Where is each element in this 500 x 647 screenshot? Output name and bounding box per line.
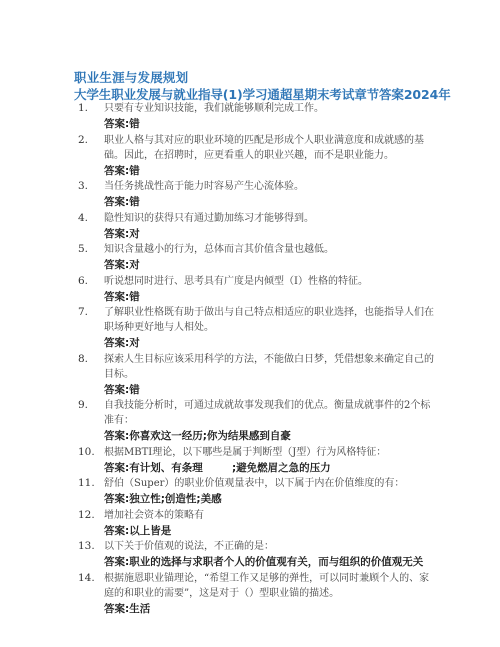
question-item: 1. 只要有专业知识技能，我们就能够顺利完成工作。 答案:错 <box>78 101 438 133</box>
document-page: 职业生涯与发展规划 大学生职业发展与就业指导(1)学习通超星期末考试章节答案20… <box>0 0 500 647</box>
question-text: 舒伯（Super）的职业价值观量表中，以下属于内在价值维度的有： <box>104 476 438 491</box>
answer-text: 答案:对 <box>104 226 438 243</box>
answer-text: 答案:对 <box>104 335 438 352</box>
question-text: 增加社会资本的策略有 <box>104 508 438 523</box>
question-item: 7. 了解职业性格既有助于做出与自己特点相适应的职业选择，也能指导人们在职场种更… <box>78 305 438 352</box>
answer-text: 答案:对 <box>104 257 438 274</box>
question-item: 5. 知识含量越小的行为，总体而言其价值含量也越低。 答案:对 <box>78 242 438 274</box>
question-text: 根据施恩职业锚理论，“希望工作又足够的弹性，可以同时兼顾个人的、家庭的和职业的需… <box>104 571 438 601</box>
question-text: 知识含量越小的行为，总体而言其价值含量也越低。 <box>104 242 438 257</box>
question-item: 4. 隐性知识的获得只有通过勤加练习才能够得到。 答案:对 <box>78 211 438 243</box>
document-title: 职业生涯与发展规划 <box>74 68 188 86</box>
answer-text: 答案:有计划、有条理 ;避免燃眉之急的压力 <box>104 460 438 477</box>
question-number: 11. <box>78 476 95 491</box>
question-number: 8. <box>78 352 88 367</box>
question-number: 13. <box>78 539 95 554</box>
question-text: 根据MBTI理论，以下哪些是属于判断型（J型）行为风格特征： <box>104 445 438 460</box>
question-list: 1. 只要有专业知识技能，我们就能够顺利完成工作。 答案:错 2. 职业人格与其… <box>78 101 438 617</box>
question-item: 11. 舒伯（Super）的职业价值观量表中，以下属于内在价值维度的有： 答案:… <box>78 476 438 508</box>
question-item: 14. 根据施恩职业锚理论，“希望工作又足够的弹性，可以同时兼顾个人的、家庭的和… <box>78 571 438 618</box>
answer-text: 答案:错 <box>104 163 438 180</box>
answer-text: 答案:错 <box>104 116 438 133</box>
question-item: 3. 当任务挑战性高于能力时容易产生心流体验。 答案:错 <box>78 179 438 211</box>
question-number: 3. <box>78 179 88 194</box>
question-number: 4. <box>78 211 88 226</box>
question-number: 2. <box>78 133 88 148</box>
answer-text: 答案:你喜欢这一经历;你为结果感到自豪 <box>104 428 438 445</box>
question-number: 7. <box>78 305 88 320</box>
question-text: 当任务挑战性高于能力时容易产生心流体验。 <box>104 179 438 194</box>
question-number: 5. <box>78 242 88 257</box>
question-number: 12. <box>78 508 95 523</box>
question-item: 12. 增加社会资本的策略有 答案:以上皆是 <box>78 508 438 540</box>
answer-text: 答案:错 <box>104 194 438 211</box>
question-item: 2. 职业人格与其对应的职业环境的匹配是形成个人职业满意度和成就感的基础。因此，… <box>78 133 438 180</box>
question-item: 13. 以下关于价值观的说法，不正确的是： 答案:职业的选择与求职者个人的价值观… <box>78 539 438 571</box>
answer-text: 答案:错 <box>104 289 438 306</box>
question-number: 6. <box>78 274 88 289</box>
question-number: 1. <box>78 101 88 116</box>
answer-text: 答案:职业的选择与求职者个人的价值观有关，而与组织的价值观无关 <box>104 554 438 571</box>
question-text: 隐性知识的获得只有通过勤加练习才能够得到。 <box>104 211 438 226</box>
question-text: 以下关于价值观的说法，不正确的是： <box>104 539 438 554</box>
question-item: 6. 听说想同时进行、思考具有广度是内倾型（I）性格的特征。 答案:错 <box>78 274 438 306</box>
question-item: 10. 根据MBTI理论，以下哪些是属于判断型（J型）行为风格特征： 答案:有计… <box>78 445 438 477</box>
question-item: 8. 探索人生目标应该采用科学的方法，不能做白日梦，凭借想象来确定自己的目标。 … <box>78 352 438 399</box>
question-number: 9. <box>78 398 88 413</box>
answer-text: 答案:独立性;创造性;美感 <box>104 491 438 508</box>
question-text: 只要有专业知识技能，我们就能够顺利完成工作。 <box>104 101 438 116</box>
answer-text: 答案:以上皆是 <box>104 523 438 540</box>
question-text: 职业人格与其对应的职业环境的匹配是形成个人职业满意度和成就感的基础。因此，在招聘… <box>104 133 438 163</box>
question-number: 10. <box>78 445 95 460</box>
question-text: 探索人生目标应该采用科学的方法，不能做白日梦，凭借想象来确定自己的目标。 <box>104 352 438 382</box>
question-text: 听说想同时进行、思考具有广度是内倾型（I）性格的特征。 <box>104 274 438 289</box>
question-item: 9. 自我技能分析时，可通过成就故事发现我们的优点。衡量成就事件的2个标准有： … <box>78 398 438 445</box>
question-text: 了解职业性格既有助于做出与自己特点相适应的职业选择，也能指导人们在职场种更好地与… <box>104 305 438 335</box>
answer-text: 答案:生活 <box>104 601 438 618</box>
answer-text: 答案:错 <box>104 382 438 399</box>
question-number: 14. <box>78 571 95 586</box>
question-text: 自我技能分析时，可通过成就故事发现我们的优点。衡量成就事件的2个标准有： <box>104 398 438 428</box>
